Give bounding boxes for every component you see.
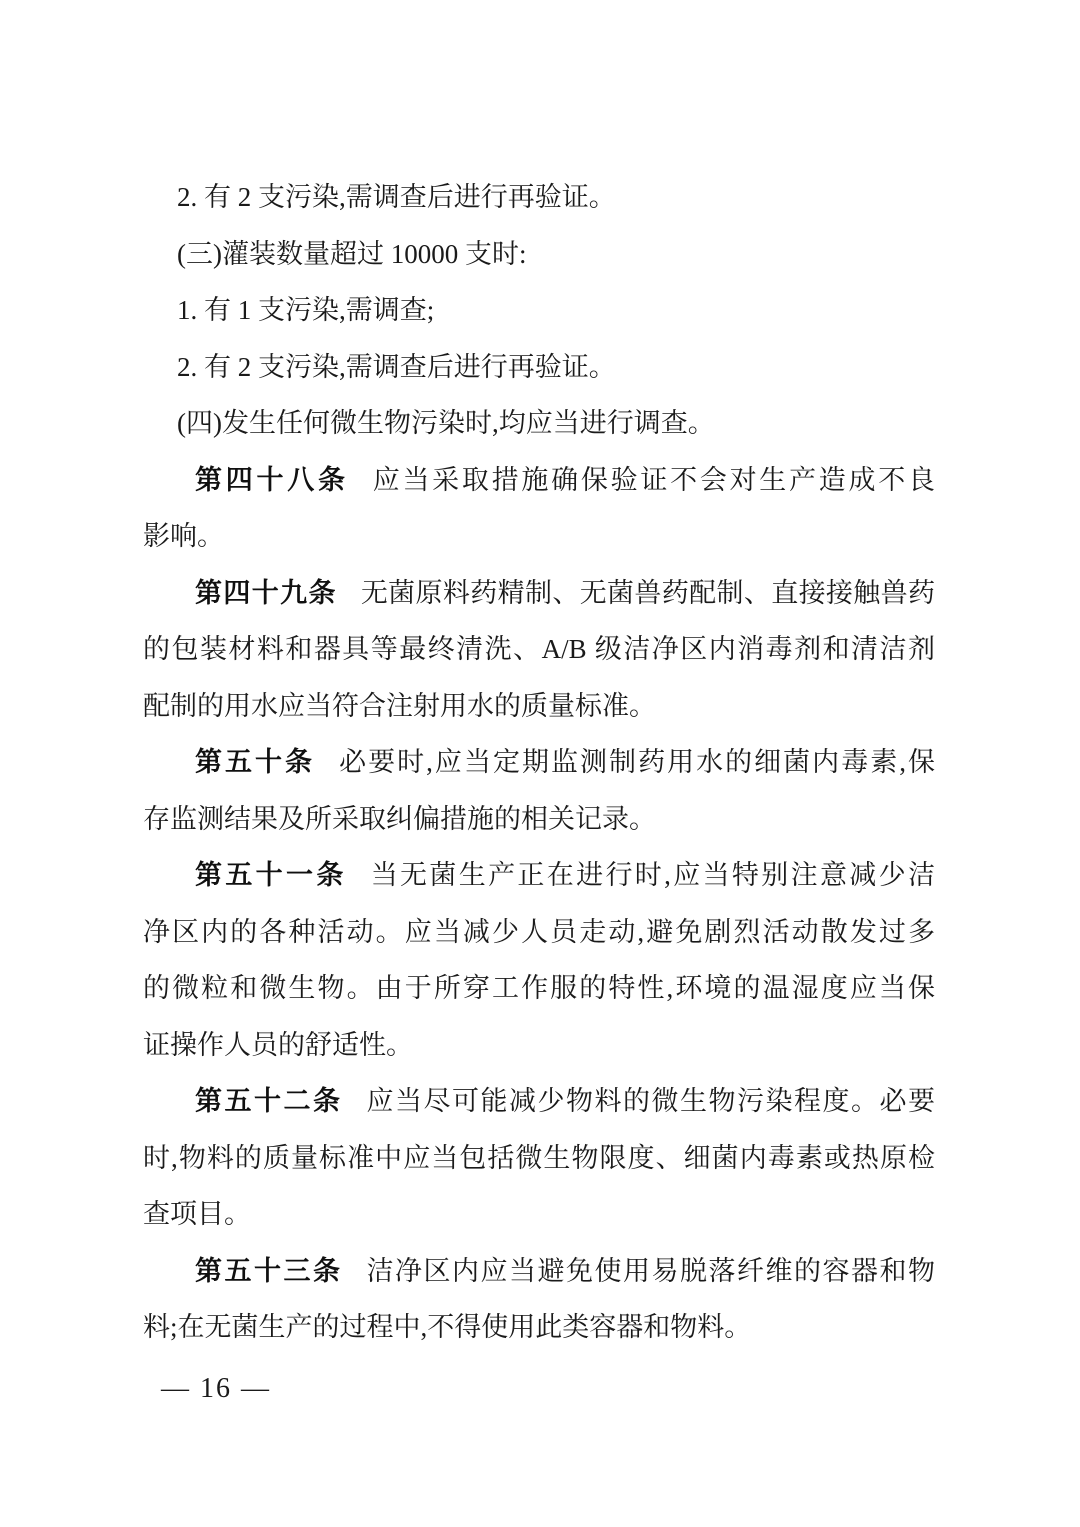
line-text: 1. 有 1 支污染,需调查; bbox=[177, 295, 434, 325]
article-heading-line: 第四十八条应当采取措施确保验证不会对生产造成不良 bbox=[143, 452, 935, 509]
article-number: 第四十九条 bbox=[195, 578, 337, 608]
article-heading-line: 第四十九条无菌原料药精制、无菌兽药配制、直接接触兽药 bbox=[143, 565, 935, 622]
text-line: 料;在无菌生产的过程中,不得使用此类容器和物料。 bbox=[143, 1299, 935, 1356]
line-text: 时,物料的质量标准中应当包括微生物限度、细菌内毒素或热原检 bbox=[143, 1143, 935, 1173]
line-text: 2. 有 2 支污染,需调查后进行再验证。 bbox=[177, 352, 616, 382]
line-text: 料;在无菌生产的过程中,不得使用此类容器和物料。 bbox=[143, 1312, 751, 1342]
line-text: 证操作人员的舒适性。 bbox=[143, 1030, 413, 1060]
text-line: 配制的用水应当符合注射用水的质量标准。 bbox=[143, 678, 935, 735]
article-number: 第五十二条 bbox=[195, 1086, 343, 1116]
article-heading-line: 第五十一条当无菌生产正在进行时,应当特别注意减少洁 bbox=[143, 847, 935, 904]
article-heading-line: 第五十三条洁净区内应当避免使用易脱落纤维的容器和物 bbox=[143, 1243, 935, 1300]
line-text: (三)灌装数量超过 10000 支时: bbox=[177, 239, 526, 269]
line-text: 净区内的各种活动。应当减少人员走动,避免剧烈活动散发过多 bbox=[143, 917, 935, 947]
line-text: 的微粒和微生物。由于所穿工作服的特性,环境的温湿度应当保 bbox=[143, 973, 935, 1003]
article-number: 第五十一条 bbox=[195, 860, 347, 890]
text-line: 时,物料的质量标准中应当包括微生物限度、细菌内毒素或热原检 bbox=[143, 1130, 935, 1187]
line-text: 影响。 bbox=[143, 521, 224, 551]
line-text: 查项目。 bbox=[143, 1199, 251, 1229]
line-text: 2. 有 2 支污染,需调查后进行再验证。 bbox=[177, 182, 616, 212]
text-line: 影响。 bbox=[143, 508, 935, 565]
text-line: 1. 有 1 支污染,需调查; bbox=[143, 282, 935, 339]
page-footer: — 16 — bbox=[161, 1368, 271, 1410]
text-line: (四)发生任何微生物污染时,均应当进行调查。 bbox=[143, 395, 935, 452]
line-text: 洁净区内应当避免使用易脱落纤维的容器和物 bbox=[367, 1256, 936, 1286]
article-number: 第四十八条 bbox=[195, 465, 349, 495]
text-line: 2. 有 2 支污染,需调查后进行再验证。 bbox=[143, 169, 935, 226]
page-number-label: — 16 — bbox=[161, 1373, 271, 1404]
line-text: 当无菌生产正在进行时,应当特别注意减少洁 bbox=[371, 860, 935, 890]
article-number: 第五十三条 bbox=[195, 1256, 343, 1286]
text-line: 证操作人员的舒适性。 bbox=[143, 1017, 935, 1074]
text-line: 的包装材料和器具等最终清洗、A/B 级洁净区内消毒剂和清洁剂 bbox=[143, 621, 935, 678]
text-line: 2. 有 2 支污染,需调查后进行再验证。 bbox=[143, 339, 935, 396]
text-line: 查项目。 bbox=[143, 1186, 935, 1243]
text-line: (三)灌装数量超过 10000 支时: bbox=[143, 226, 935, 283]
line-text: 的包装材料和器具等最终清洗、A/B 级洁净区内消毒剂和清洁剂 bbox=[143, 634, 935, 664]
text-lines: 2. 有 2 支污染,需调查后进行再验证。(三)灌装数量超过 10000 支时:… bbox=[143, 169, 935, 1356]
line-text: 应当采取措施确保验证不会对生产造成不良 bbox=[373, 465, 935, 495]
article-number: 第五十条 bbox=[195, 747, 315, 777]
text-line: 净区内的各种活动。应当减少人员走动,避免剧烈活动散发过多 bbox=[143, 904, 935, 961]
document-body: 2. 有 2 支污染,需调查后进行再验证。(三)灌装数量超过 10000 支时:… bbox=[143, 169, 935, 1356]
line-text: 必要时,应当定期监测制药用水的细菌内毒素,保 bbox=[339, 747, 935, 777]
text-line: 的微粒和微生物。由于所穿工作服的特性,环境的温湿度应当保 bbox=[143, 960, 935, 1017]
line-text: (四)发生任何微生物污染时,均应当进行调查。 bbox=[177, 408, 715, 438]
line-text: 无菌原料药精制、无菌兽药配制、直接接触兽药 bbox=[361, 578, 935, 608]
article-heading-line: 第五十二条应当尽可能减少物料的微生物污染程度。必要 bbox=[143, 1073, 935, 1130]
document-page: 2. 有 2 支污染,需调查后进行再验证。(三)灌装数量超过 10000 支时:… bbox=[0, 0, 1080, 1527]
line-text: 存监测结果及所采取纠偏措施的相关记录。 bbox=[143, 804, 656, 834]
article-heading-line: 第五十条必要时,应当定期监测制药用水的细菌内毒素,保 bbox=[143, 734, 935, 791]
line-text: 配制的用水应当符合注射用水的质量标准。 bbox=[143, 691, 656, 721]
line-text: 应当尽可能减少物料的微生物污染程度。必要 bbox=[367, 1086, 936, 1116]
text-line: 存监测结果及所采取纠偏措施的相关记录。 bbox=[143, 791, 935, 848]
